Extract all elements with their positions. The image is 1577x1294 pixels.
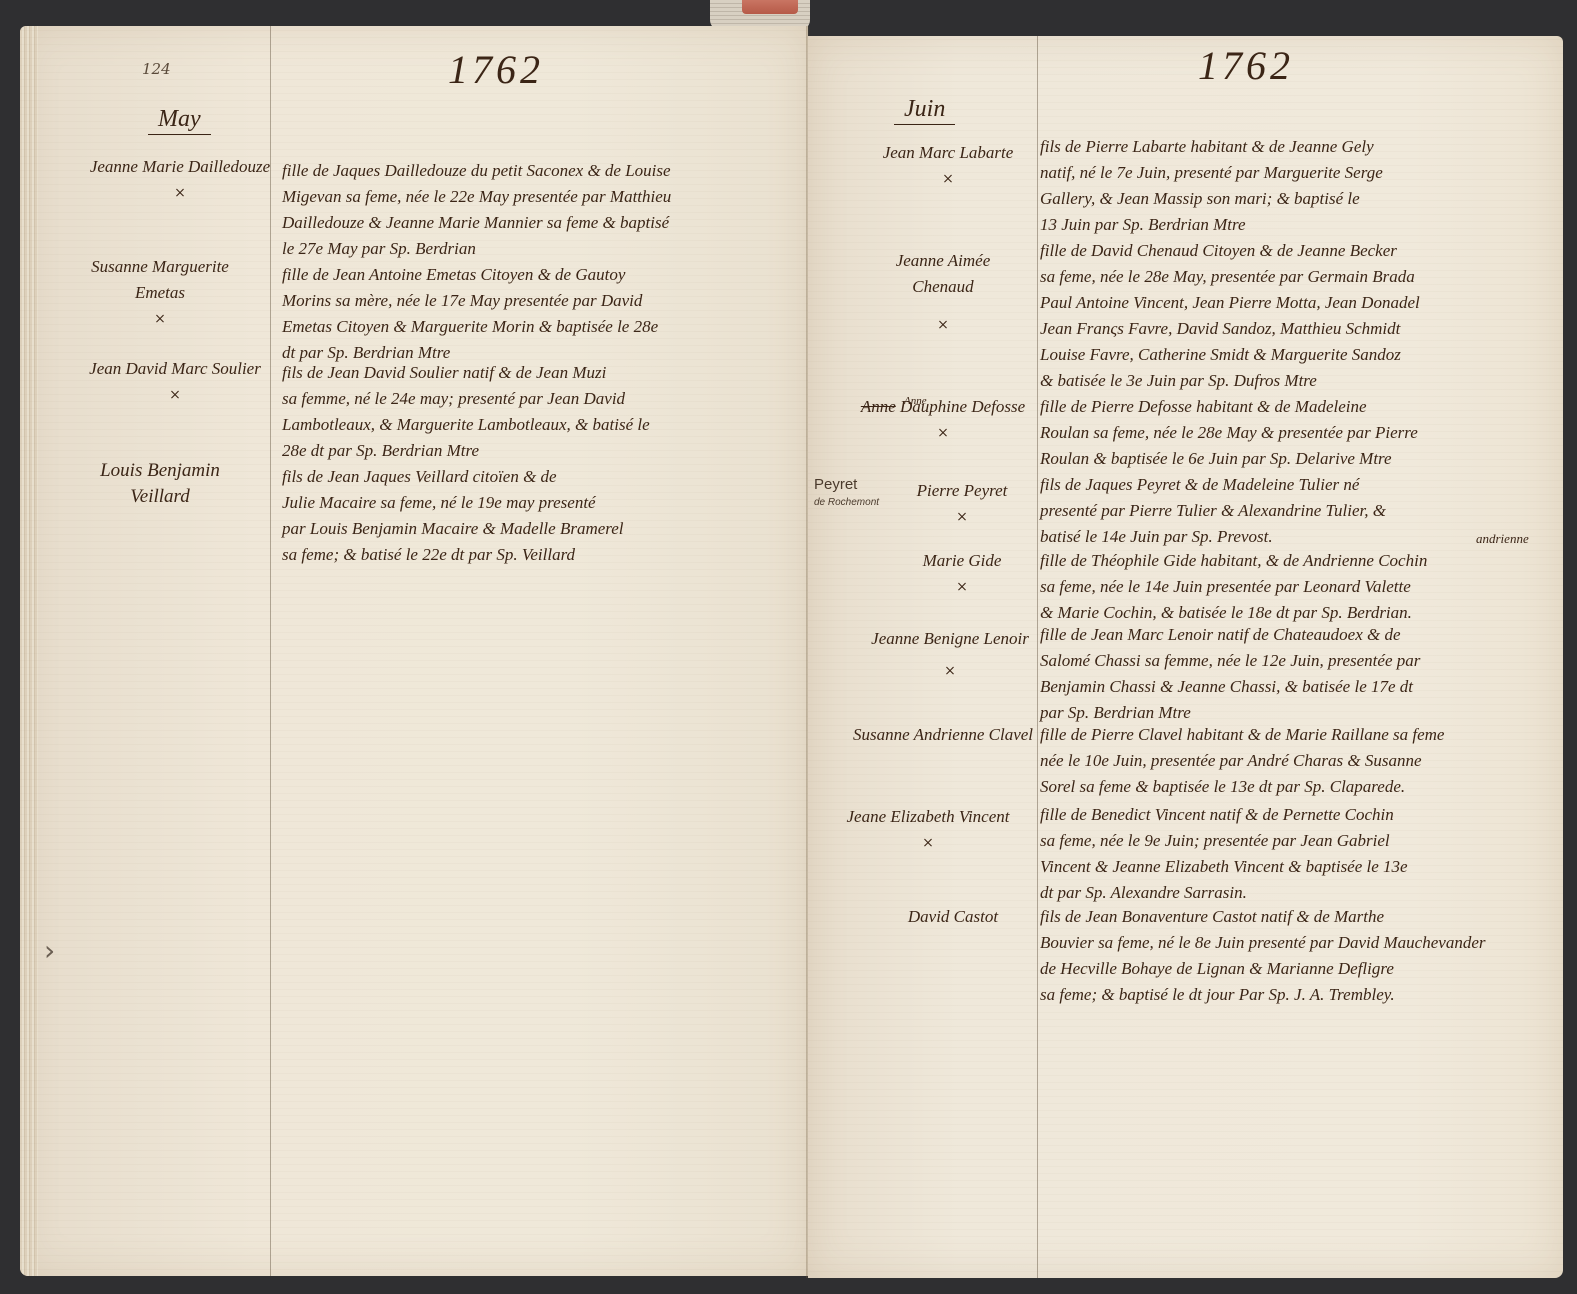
register-entry: fille de David Chenaud Citoyen & de Jean… (1040, 238, 1420, 394)
child-name-block: Jeane Elizabeth Vincent × (818, 804, 1038, 854)
child-name: Anne Anne Dauphine Defosse (848, 394, 1038, 420)
child-name: Susanne Marguerite (60, 254, 260, 280)
register-entry: fille de Théophile Gide habitant, & de A… (1040, 548, 1427, 626)
child-name-block: Jeanne Marie Dailledouze × (80, 154, 280, 204)
child-name: Jeanne Marie Dailledouze (80, 154, 280, 180)
register-mark: × (858, 168, 1038, 190)
child-name: Jeane Elizabeth Vincent (818, 804, 1038, 830)
child-name-block: Marie Gide × (892, 548, 1032, 598)
month-heading: Juin (894, 96, 955, 125)
folio-number: 124 (142, 60, 171, 78)
child-name-block: Jean Marc Labarte × (858, 140, 1038, 190)
pencil-mark: › (44, 934, 55, 967)
register-entry: fille de Jean Marc Lenoir natif de Chate… (1040, 622, 1420, 726)
child-name-block: Pierre Peyret × (892, 478, 1032, 528)
name-correction: Anne (904, 388, 927, 414)
register-mark: × (70, 384, 280, 406)
page-year: 1762 (1198, 42, 1294, 89)
margin-annotation: Peyret de Rochemont (814, 476, 879, 512)
child-name: Jeanne Benigne Lenoir (864, 626, 1036, 652)
child-name: Pierre Peyret (892, 478, 1032, 504)
register-mark: × (864, 660, 1036, 682)
child-name: Louis Benjamin (60, 458, 260, 484)
left-page: 124 1762 May Jeanne Marie Dailledouze × … (20, 26, 808, 1276)
child-name-block: Jean David Marc Soulier × (70, 356, 280, 406)
child-name-block: Anne Anne Dauphine Defosse × (848, 394, 1038, 444)
ribbon-bookmark (742, 0, 798, 14)
child-name: David Castot (878, 904, 1028, 930)
register-mark: × (848, 422, 1038, 444)
register-entry: fils de Jean Bonaventure Castot natif & … (1040, 904, 1485, 1008)
child-name: Susanne Andrienne Clavel (848, 722, 1038, 748)
register-mark: × (892, 506, 1032, 528)
margin-rule (270, 26, 271, 1276)
register-entry: fils de Jaques Peyret & de Madeleine Tul… (1040, 472, 1386, 550)
right-page: 1762 Juin Jean Marc Labarte × fils de Pi… (808, 36, 1563, 1278)
register-entry: fille de Jean Antoine Emetas Citoyen & d… (282, 262, 658, 366)
child-name-block: Jeanne Benigne Lenoir × (864, 626, 1036, 682)
register-entry: fils de Pierre Labarte habitant & de Jea… (1040, 134, 1383, 238)
child-surname: Chenaud (858, 274, 1028, 300)
page-edges (20, 26, 38, 1276)
child-name-block: Jeanne Aimée Chenaud × (858, 248, 1028, 336)
child-name: Jean David Marc Soulier (70, 356, 280, 382)
child-name: Jeanne Aimée (858, 248, 1028, 274)
margin-rule (1037, 36, 1038, 1278)
register-entry: fille de Jaques Dailledouze du petit Sac… (282, 158, 671, 262)
child-name-block: David Castot (878, 904, 1028, 930)
child-name-block: Susanne Marguerite Emetas × (60, 254, 260, 330)
child-name-block: Susanne Andrienne Clavel (848, 722, 1038, 748)
interlinear-note: andrienne (1476, 532, 1529, 546)
register-mark: × (818, 832, 1038, 854)
register-mark: × (892, 576, 1032, 598)
register-mark: × (60, 308, 260, 330)
child-name-block: Louis Benjamin Veillard (60, 458, 260, 510)
struck-name: Anne (861, 397, 896, 416)
child-surname: Veillard (60, 484, 260, 510)
register-mark: × (80, 182, 280, 204)
register-entry: fils de Jean David Soulier natif & de Je… (282, 360, 650, 464)
register-mark: × (858, 314, 1028, 336)
child-surname: Emetas (60, 280, 260, 306)
page-year: 1762 (448, 46, 544, 93)
child-name: Jean Marc Labarte (858, 140, 1038, 166)
child-name: Marie Gide (892, 548, 1032, 574)
register-entry: fils de Jean Jaques Veillard citoïen & d… (282, 464, 624, 568)
register-entry: fille de Pierre Defosse habitant & de Ma… (1040, 394, 1418, 472)
month-heading: May (148, 106, 211, 135)
register-entry: fille de Benedict Vincent natif & de Per… (1040, 802, 1408, 906)
register-entry: fille de Pierre Clavel habitant & de Mar… (1040, 722, 1444, 800)
